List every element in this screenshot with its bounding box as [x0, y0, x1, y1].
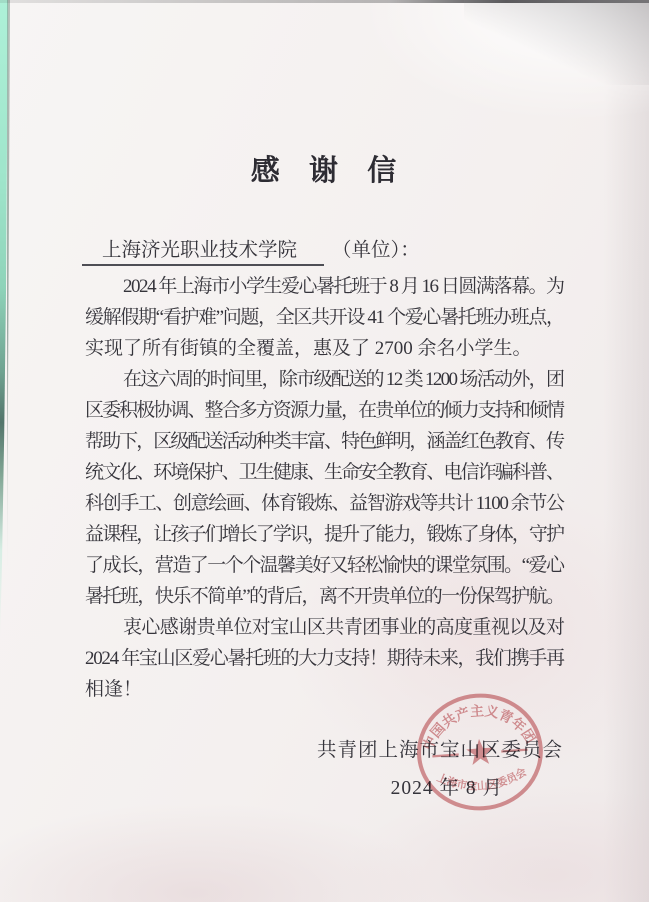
- letter-photo: 感 谢 信 上海济光职业技术学院（单位）： 2024 年上海市小学生爱心暑托班于…: [0, 0, 649, 902]
- paragraph-line: 区委积极协调、整合多方资源力量，在贵单位的倾力支持和倾情: [85, 395, 565, 426]
- paragraph-line: 缓解假期“看护难”问题，全区共开设 41 个爱心暑托班办班点，: [85, 302, 565, 333]
- paragraph: 2024 年上海市小学生爱心暑托班于 8 月 16 日圆满落幕。为缓解假期“看护…: [85, 271, 565, 364]
- paragraph-line: 帮助下，区级配送活动种类丰富、特色鲜明，涵盖红色教育、传: [85, 426, 565, 457]
- paragraph-line: 暑托班，快乐不简单”的背后，离不开贵单位的一份保驾护航。: [85, 581, 565, 612]
- recipient-suffix: （单位）：: [332, 240, 420, 261]
- paragraph-line: 2024 年宝山区爱心暑托班的大力支持！期待未来，我们携手再: [85, 643, 565, 674]
- background-strip: [0, 0, 11, 640]
- recipient-name: 上海济光职业技术学院: [82, 240, 324, 266]
- letter-body: 2024 年上海市小学生爱心暑托班于 8 月 16 日圆满落幕。为缓解假期“看护…: [85, 271, 565, 705]
- signature-organization: 共青团上海市宝山区委员会: [85, 735, 565, 766]
- paragraph-line: 实现了所有街镇的全覆盖，惠及了 2700 余名小学生。: [85, 333, 565, 364]
- paragraph: 衷心感谢贵单位对宝山区共青团事业的高度重视以及对2024 年宝山区爱心暑托班的大…: [85, 612, 565, 705]
- letter-title: 感 谢 信: [85, 152, 565, 190]
- paragraph-line: 了成长，营造了一个个温馨美好又轻松愉快的课堂氛围。“爱心: [85, 550, 565, 581]
- paragraph-line: 统文化、环境保护、卫生健康、生命安全教育、电信诈骗科普、: [85, 457, 565, 488]
- recipient-line: 上海济光职业技术学院（单位）：: [85, 238, 565, 264]
- signoff-block: 共青团上海市宝山区委员会 2024 年 8 月: [85, 735, 565, 804]
- paragraph-line: 相逢！: [85, 674, 565, 705]
- paragraph: 在这六周的时间里，除市级配送的 12 类 1200 场活动外，团区委积极协调、整…: [85, 364, 565, 612]
- paragraph-line: 科创手工、创意绘画、体育锻炼、益智游戏等共计 1100 余节公: [85, 488, 565, 519]
- paragraph-line: 益课程，让孩子们增长了学识，提升了能力，锻炼了身体，守护: [85, 519, 565, 550]
- signature-date: 2024 年 8 月: [85, 773, 565, 804]
- paragraph-line: 在这六周的时间里，除市级配送的 12 类 1200 场活动外，团: [85, 364, 565, 395]
- letter-content: 感 谢 信 上海济光职业技术学院（单位）： 2024 年上海市小学生爱心暑托班于…: [85, 0, 565, 804]
- paragraph-line: 2024 年上海市小学生爱心暑托班于 8 月 16 日圆满落幕。为: [85, 271, 565, 302]
- paragraph-line: 衷心感谢贵单位对宝山区共青团事业的高度重视以及对: [85, 612, 565, 643]
- paper-edge-shadow: [7, 0, 10, 600]
